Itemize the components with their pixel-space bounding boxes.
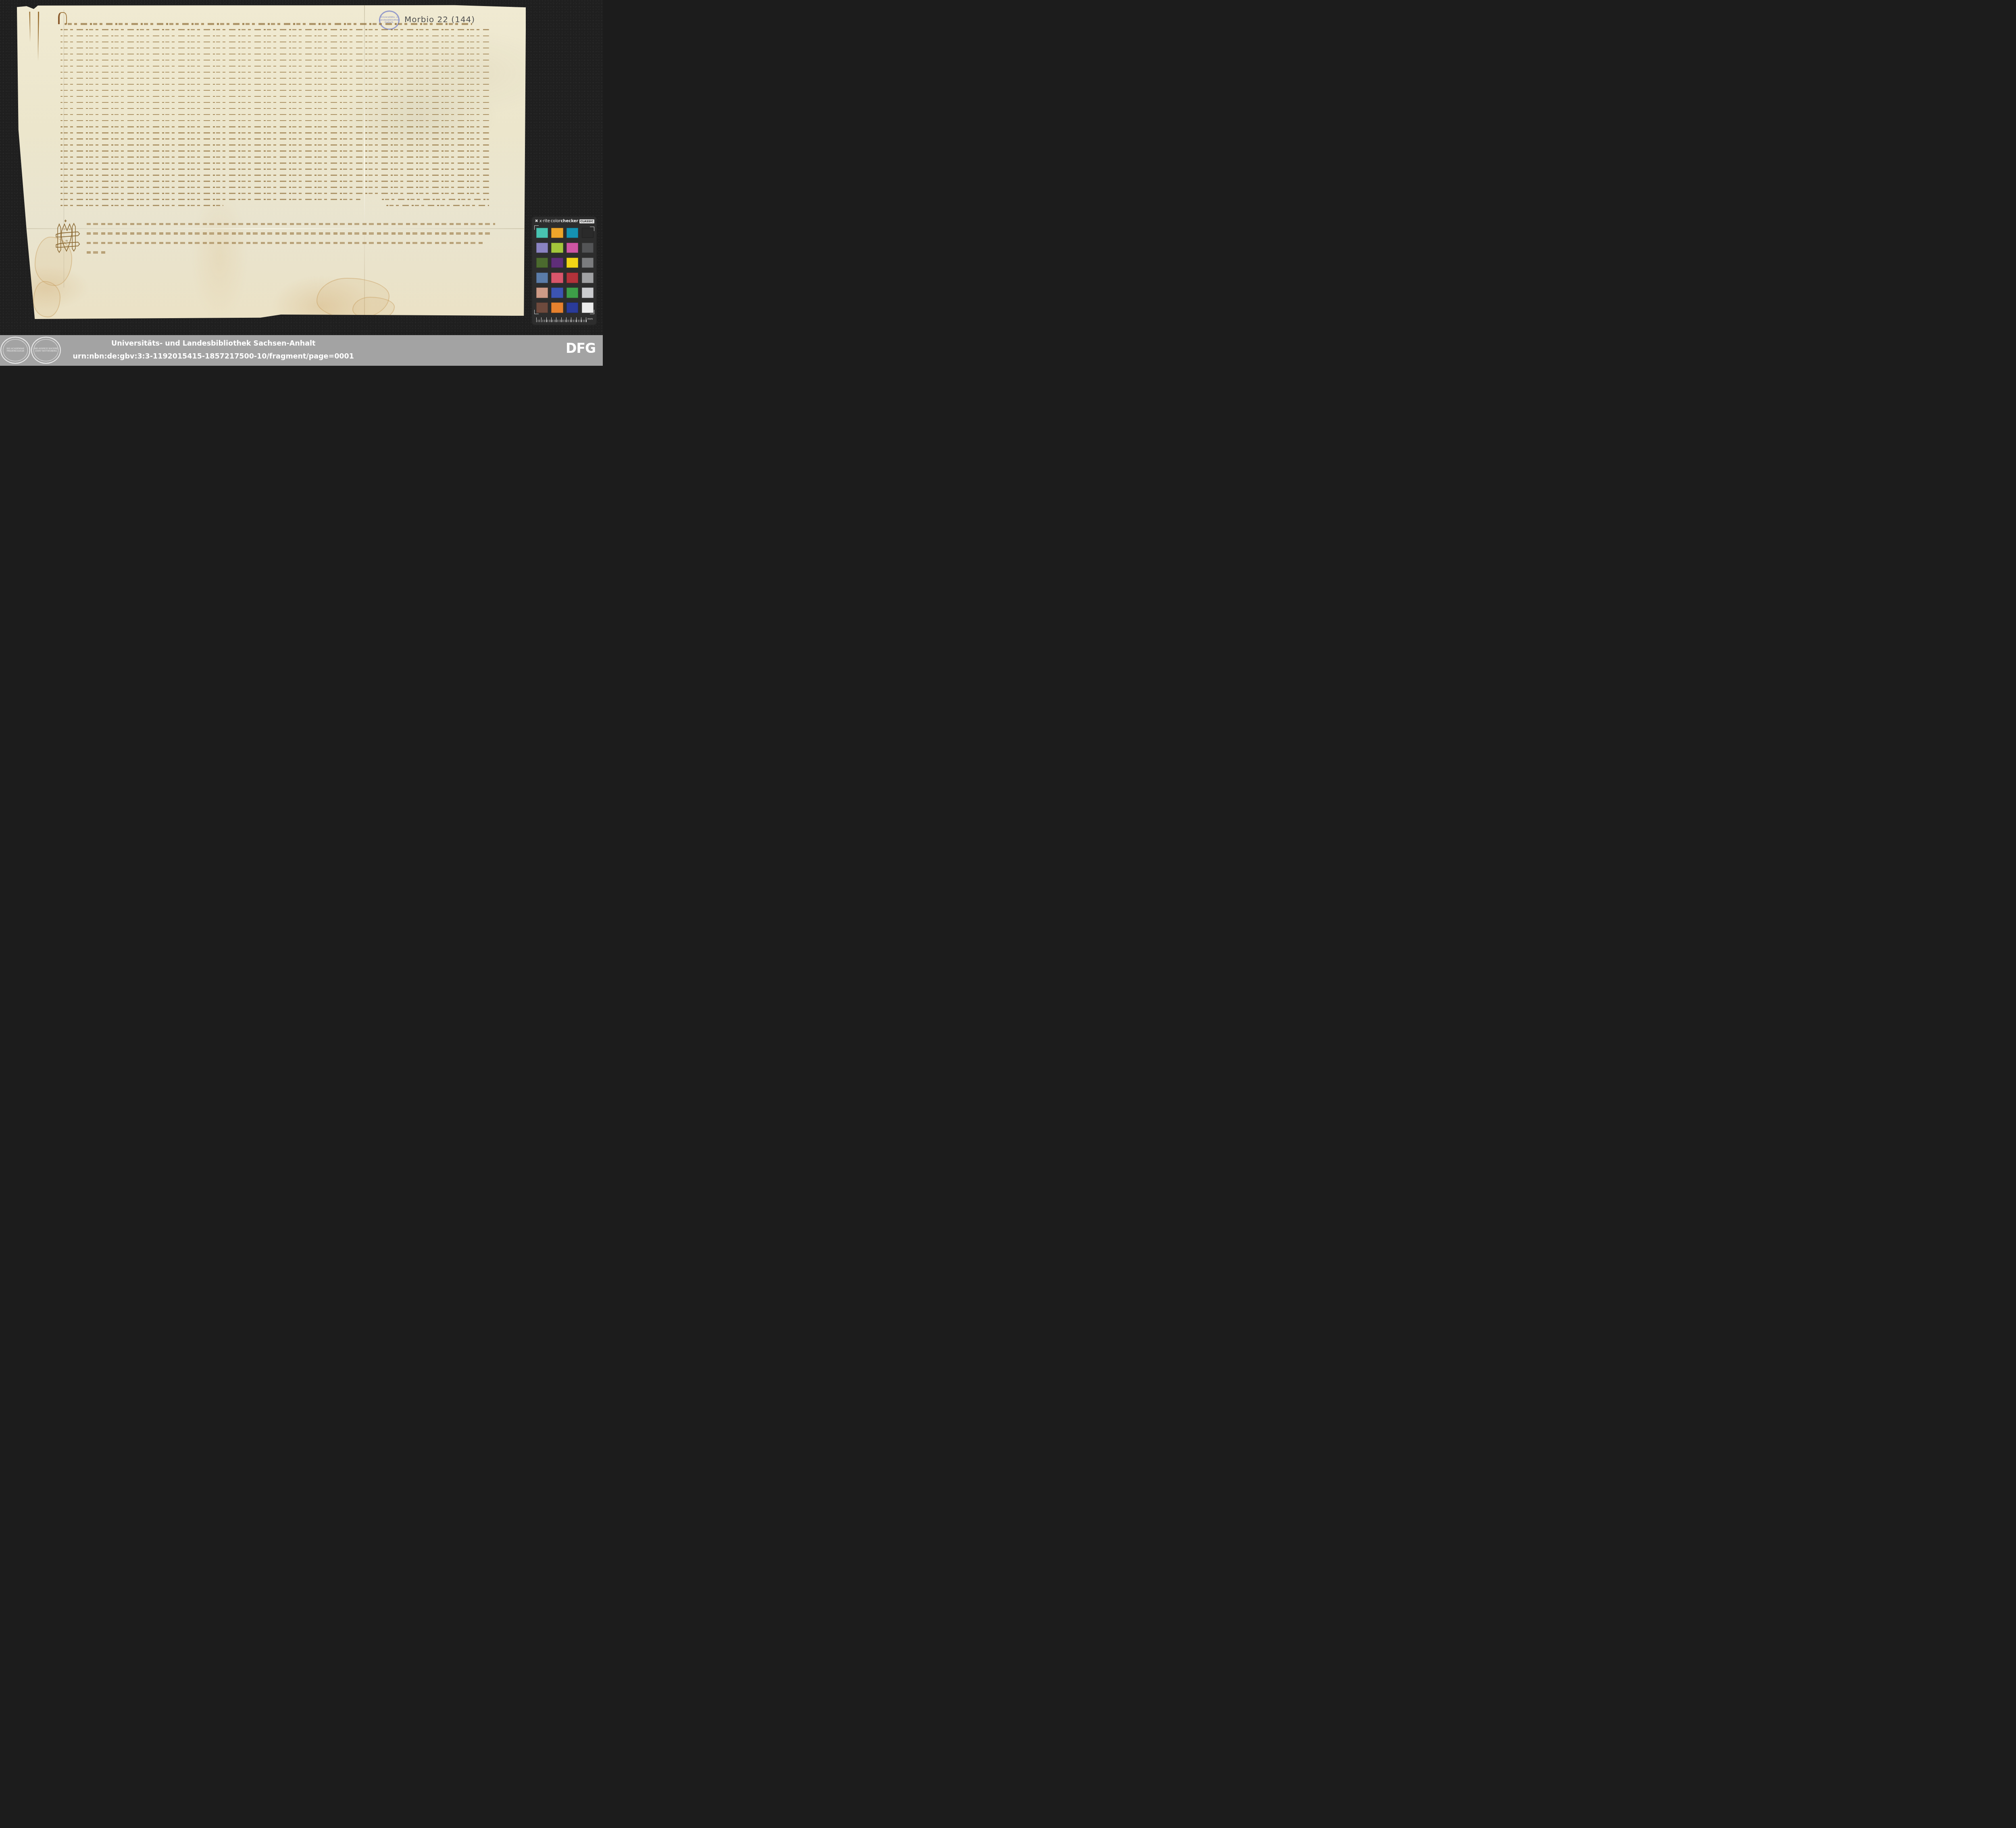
swatch-neutral-5 xyxy=(582,258,594,268)
notarial-subscription-line xyxy=(87,242,485,244)
swatch-neutral-6-5 xyxy=(582,273,594,283)
footer-bar: SIG ACADEMIAE FRIDERICIANAE ME AVSPICE D… xyxy=(0,335,603,366)
water-stain xyxy=(352,297,395,320)
text-line xyxy=(60,42,489,43)
swatch-dark-skin xyxy=(536,302,548,313)
text-line xyxy=(386,205,489,206)
notarial-subscription-line xyxy=(87,223,495,225)
notarial-subscription-line xyxy=(87,251,107,253)
svg-text:m: m xyxy=(66,238,68,242)
swatch-cyan xyxy=(566,228,578,238)
text-line xyxy=(60,156,489,158)
text-line xyxy=(60,72,489,73)
swatch-neutral-8 xyxy=(582,288,594,298)
text-line xyxy=(60,102,489,103)
text-line xyxy=(60,29,489,30)
swatch-yellow xyxy=(566,258,578,268)
text-line xyxy=(60,150,489,152)
institution-name: Universitäts- und Landesbibliothek Sachs… xyxy=(0,340,515,348)
text-line xyxy=(60,35,489,37)
swatch-yellow-green xyxy=(551,243,563,253)
swatch-white xyxy=(582,302,594,313)
dfg-logo: DFG xyxy=(566,340,596,356)
color-swatch-grid xyxy=(536,228,594,313)
text-line xyxy=(60,199,361,200)
text-line xyxy=(60,187,489,188)
color-checker-header: ✖ x·rite colorchecker CLASSIC xyxy=(535,219,594,224)
text-line xyxy=(60,181,489,182)
text-line xyxy=(60,132,489,133)
text-line xyxy=(60,78,489,79)
text-line xyxy=(60,169,489,170)
text-line xyxy=(382,199,489,200)
parchment-document: Universitäts- u. Landesbibliothek Halle/… xyxy=(15,3,526,319)
xrite-logo: ✖ x·rite xyxy=(535,219,550,223)
text-line xyxy=(60,120,489,121)
text-line xyxy=(65,23,472,25)
color-checker-card: ✖ x·rite colorchecker CLASSIC mm xyxy=(532,217,596,325)
text-line xyxy=(60,54,489,55)
text-line xyxy=(60,193,489,194)
marginal-flourish xyxy=(29,12,39,125)
horizontal-fold xyxy=(15,228,526,229)
swatch-blue xyxy=(551,288,563,298)
scan-frame: Universitäts- u. Landesbibliothek Halle/… xyxy=(0,0,603,366)
svg-text:IO: IO xyxy=(64,228,66,231)
swatch-blue-flower xyxy=(536,243,548,253)
swatch-red xyxy=(566,273,578,283)
swatch-orange xyxy=(551,302,563,313)
swatch-black xyxy=(582,228,594,238)
initial-letter-n xyxy=(58,12,67,24)
swatch-purplish-blue xyxy=(566,302,578,313)
text-line xyxy=(60,138,489,140)
swatch-bluish-green xyxy=(536,228,548,238)
mm-ruler-major-ticks xyxy=(536,317,587,322)
swatch-green xyxy=(566,288,578,298)
text-line xyxy=(60,66,489,67)
swatch-purple xyxy=(551,258,563,268)
urn-identifier: urn:nbn:de:gbv:3:3-1192015415-1857217500… xyxy=(0,352,515,361)
swatch-blue-sky xyxy=(536,273,548,283)
notarial-signet-icon: IO hs m xyxy=(54,219,80,254)
swatch-neutral-3-5 xyxy=(582,243,594,253)
text-line xyxy=(60,175,489,176)
text-line xyxy=(60,90,489,91)
text-line xyxy=(60,60,489,61)
text-line xyxy=(60,48,489,49)
svg-text:hs: hs xyxy=(69,228,71,231)
water-stain xyxy=(33,281,60,317)
notarial-subscription-line xyxy=(87,232,490,234)
swatch-light-skin xyxy=(536,288,548,298)
classic-badge: CLASSIC xyxy=(579,219,594,223)
text-line xyxy=(60,108,489,109)
text-line xyxy=(60,163,489,164)
text-line xyxy=(60,96,489,97)
swatch-magenta xyxy=(566,243,578,253)
swatch-foliage xyxy=(536,258,548,268)
main-text-block xyxy=(60,23,489,213)
text-line xyxy=(60,144,489,146)
text-line xyxy=(60,126,489,127)
xrite-x-icon: ✖ xyxy=(535,219,538,223)
text-line xyxy=(60,114,489,115)
text-line xyxy=(60,84,489,85)
swatch-orange-yellow xyxy=(551,228,563,238)
swatch-moderate-red xyxy=(551,273,563,283)
text-line xyxy=(60,205,223,206)
ruler-unit-label: mm xyxy=(587,317,593,321)
colorchecker-label: colorchecker CLASSIC xyxy=(551,219,594,223)
